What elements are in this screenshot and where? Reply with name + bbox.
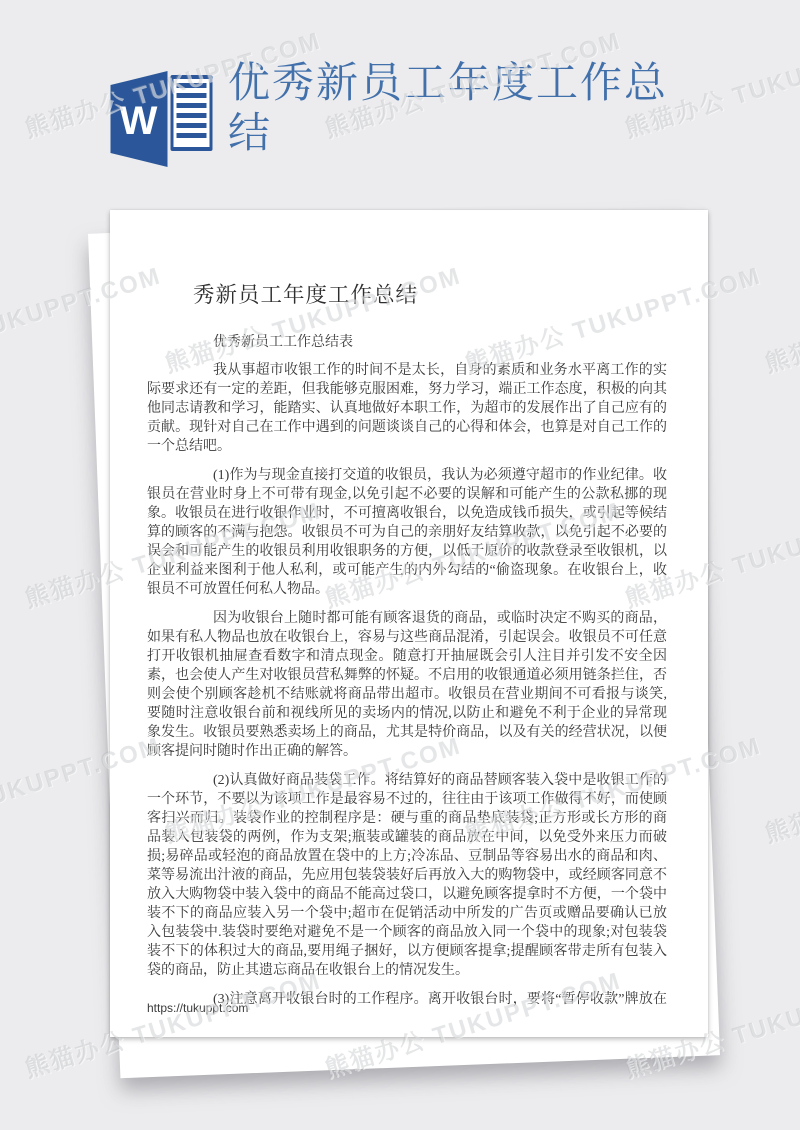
document-page: 秀新员工年度工作总结 优秀新员工工作总结表 我从事超市收银工作的时间不是太长，自… (110, 210, 708, 1037)
document-subtitle: 优秀新员工工作总结表 (213, 331, 678, 351)
document-paragraph: 我从事超市收银工作的时间不是太长，自身的素质和业务水平离工作的实际要求还有一定的… (147, 361, 667, 456)
document-paragraph: 因为收银台上随时都可能有顾客退货的商品，或临时决定不购买的商品，如果有私人物品也… (147, 609, 667, 761)
page-background: W 优秀新员工年度工作总结 秀新员工年度工作总结 优秀新员工工作总结表 我从事超… (0, 0, 800, 1130)
document-footer-url: https://tukuppt.com (147, 1001, 248, 1015)
document-preview[interactable]: 秀新员工年度工作总结 优秀新员工工作总结表 我从事超市收银工作的时间不是太长，自… (0, 0, 800, 1130)
document-paragraph: (2)认真做好商品装袋工作。将结算好的商品替顾客装入袋中是收银工作的一个环节，不… (147, 771, 667, 980)
document-paragraph: (1)作为与现金直接打交道的收银员，我认为必须遵守超市的作业纪律。收银员在营业时… (147, 466, 667, 599)
document-body: 我从事超市收银工作的时间不是太长，自身的素质和业务水平离工作的实际要求还有一定的… (147, 361, 667, 1006)
document-title: 秀新员工年度工作总结 (193, 278, 678, 309)
